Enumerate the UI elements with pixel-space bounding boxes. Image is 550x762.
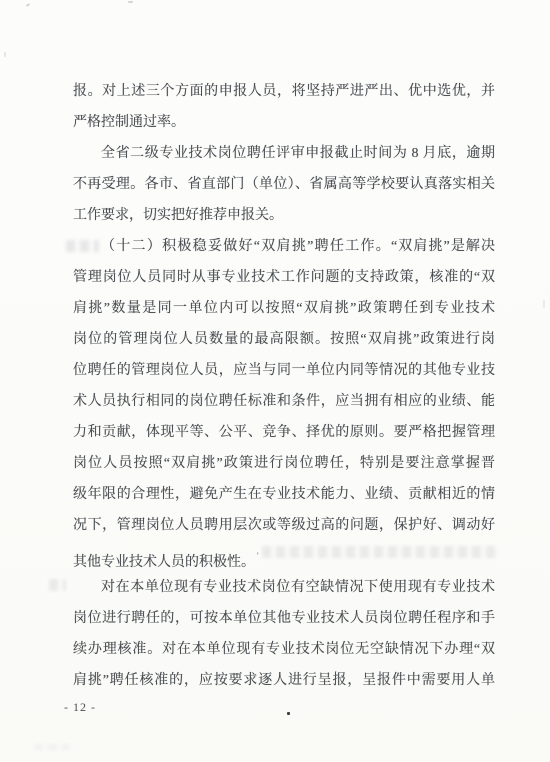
page-number: - 12 - xyxy=(64,700,96,715)
text-line: 力和贡献，体现平等、公平、竞争、择优的原则。要严格把握管理 xyxy=(73,417,495,448)
text-line: 岗位的管理岗位人员数量的最高限额。按照“双肩挑”政策进行岗 xyxy=(73,324,495,355)
scan-speck xyxy=(26,3,30,7)
scan-bleedthrough-artifact xyxy=(49,579,66,591)
text-line: 肩挑”聘任核准的，应按要求逐人进行呈报，呈报件中需要用人单 xyxy=(73,665,495,696)
scan-speck xyxy=(128,1,133,3)
ink-dot-artifact xyxy=(287,712,290,715)
document-page: 报。对上述三个方面的申报人员，将坚持严进严出、优中选优，并严格控制通过率。全省二… xyxy=(0,0,550,762)
text-segment: 其他专业技术人员的积极性。 xyxy=(73,555,255,570)
text-line: 管理岗位人员同时从事专业技术工作问题的支持政策，核准的“双 xyxy=(73,262,495,293)
text-line: 肩挑”数量是同一单位内可以按照“双肩挑”政策聘任到专业技术 xyxy=(73,293,495,324)
text-line: 术人员执行相同的岗位聘任标准和条件，应当拥有相应的业绩、能 xyxy=(73,386,495,417)
scan-speck xyxy=(4,52,6,57)
text-line: 级年限的合理性，避免产生在专业技术能力、业绩、贡献相近的情 xyxy=(73,479,495,510)
text-line: 严格控制通过率。 xyxy=(73,107,495,138)
document-body: 报。对上述三个方面的申报人员，将坚持严进严出、优中选优，并严格控制通过率。全省二… xyxy=(73,76,495,696)
text-line: （十二）积极稳妥做好“双肩挑”聘任工作。“双肩挑”是解决 xyxy=(73,231,495,262)
text-line: 况下，管理岗位人员聘用层次或等级过高的问题，保护好、调动好 xyxy=(73,510,495,541)
footnote-tick-mark: ' xyxy=(257,551,259,561)
text-segment: “双肩挑”是解决 xyxy=(391,239,495,254)
text-line: 其他专业技术人员的积极性。' xyxy=(73,541,495,572)
text-line: 续办理核准。对在本单位现有专业技术岗位无空缺情况下办理“双 xyxy=(73,634,495,665)
text-line: 工作要求，切实把好推荐申报关。 xyxy=(73,200,495,231)
scan-bleedthrough-artifact xyxy=(34,744,70,750)
scan-speck xyxy=(543,300,545,308)
section-heading: （十二）积极稳妥做好“双肩挑”聘任工作。 xyxy=(101,239,391,254)
text-line: 不再受理。各市、省直部门（单位）、省属高等学校要认真落实相关 xyxy=(73,169,495,200)
text-line: 位聘任的管理岗位人员，应当与同一单位内同等情况的其他专业技 xyxy=(73,355,495,386)
text-line: 全省二级专业技术岗位聘任评审申报截止时间为 8 月底，逾期 xyxy=(73,138,495,169)
text-line: 岗位人员按照“双肩挑”政策进行岗位聘任，特别是要注意掌握晋 xyxy=(73,448,495,479)
text-line: 对在本单位现有专业技术岗位有空缺情况下使用现有专业技术 xyxy=(73,572,495,603)
text-line: 报。对上述三个方面的申报人员，将坚持严进严出、优中选优，并 xyxy=(73,76,495,107)
text-line: 岗位进行聘任的，可按本单位其他专业技术人员岗位聘任程序和手 xyxy=(73,603,495,634)
